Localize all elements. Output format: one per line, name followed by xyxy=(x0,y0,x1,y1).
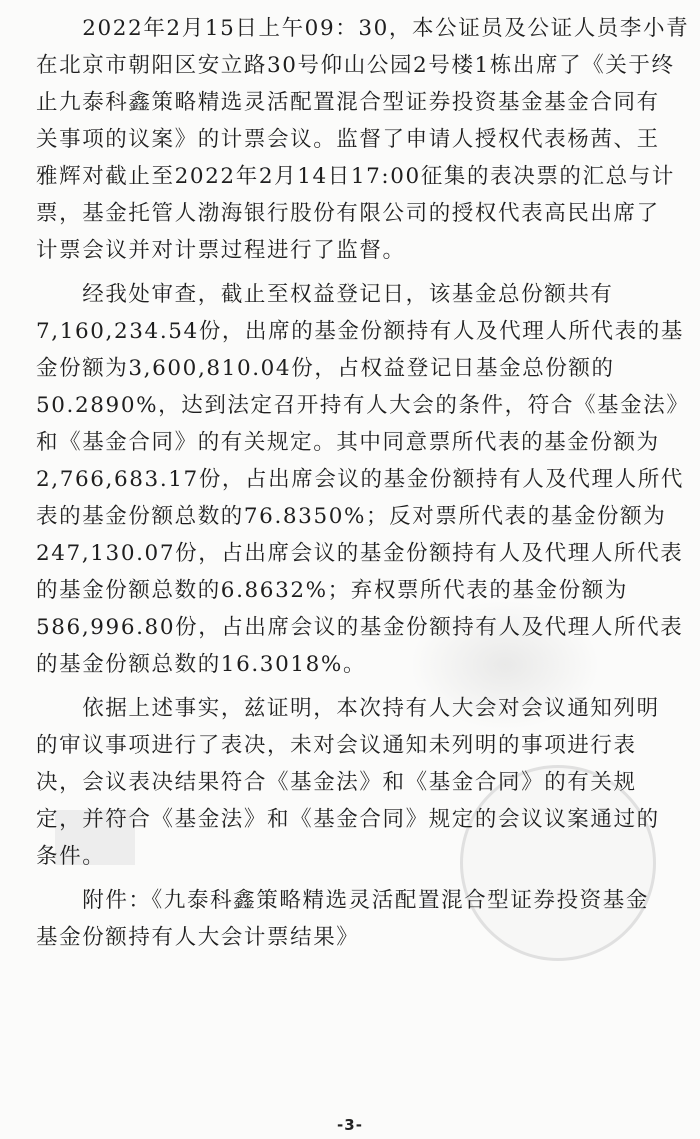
text-line: 条件。 xyxy=(36,838,666,875)
paragraph-certification: 依据上述事实，兹证明，本次持有人大会对会议通知列明 的审议事项进行了表决，未对会… xyxy=(36,690,666,875)
text-line: 依据上述事实，兹证明，本次持有人大会对会议通知列明 xyxy=(36,690,666,727)
paragraph-meeting-record: 2022年2月15日上午09：30，本公证员及公证人员李小青 在北京市朝阳区安立… xyxy=(36,10,666,269)
text-line: 附件：《九泰科鑫策略精选灵活配置混合型证券投资基金 xyxy=(36,882,666,919)
text-line: 金份额为3,600,810.04份，占权益登记日基金总份额的 xyxy=(36,350,666,387)
text-line: 586,996.80份，占出席会议的基金份额持有人及代理人所代表 xyxy=(36,609,666,646)
text-line: 计票会议并对计票过程进行了监督。 xyxy=(36,232,666,269)
text-line: 和《基金合同》的有关规定。其中同意票所代表的基金份额为 xyxy=(36,424,666,461)
text-line: 基金份额持有人大会计票结果》 xyxy=(36,919,666,956)
text-line: 247,130.07份，占出席会议的基金份额持有人及代理人所代表 xyxy=(36,535,666,572)
text-line: 决，会议表决结果符合《基金法》和《基金合同》的有关规 xyxy=(36,764,666,801)
text-line: 雅辉对截止至2022年2月14日17:00征集的表决票的汇总与计 xyxy=(36,158,666,195)
text-line: 的审议事项进行了表决，未对会议通知未列明的事项进行表 xyxy=(36,727,666,764)
text-line: 经我处审查，截止至权益登记日，该基金总份额共有 xyxy=(36,276,666,313)
text-line: 的基金份额总数的16.3018%。 xyxy=(36,646,666,683)
text-line: 关事项的议案》的计票会议。监督了申请人授权代表杨茜、王 xyxy=(36,121,666,158)
document-body: 2022年2月15日上午09：30，本公证员及公证人员李小青 在北京市朝阳区安立… xyxy=(36,10,666,956)
text-line: 7,160,234.54份，出席的基金份额持有人及代理人所代表的基 xyxy=(36,313,666,350)
document-page: 2022年2月15日上午09：30，本公证员及公证人员李小青 在北京市朝阳区安立… xyxy=(0,0,700,1139)
text-line: 50.2890%，达到法定召开持有人大会的条件，符合《基金法》 xyxy=(36,387,666,424)
text-line: 表的基金份额总数的76.8350%；反对票所代表的基金份额为 xyxy=(36,498,666,535)
paragraph-attachment: 附件：《九泰科鑫策略精选灵活配置混合型证券投资基金 基金份额持有人大会计票结果》 xyxy=(36,882,666,956)
paragraph-vote-statistics: 经我处审查，截止至权益登记日，该基金总份额共有 7,160,234.54份，出席… xyxy=(36,276,666,683)
text-line: 的基金份额总数的6.8632%；弃权票所代表的基金份额为 xyxy=(36,572,666,609)
text-line: 在北京市朝阳区安立路30号仰山公园2号楼1栋出席了《关于终 xyxy=(36,47,666,84)
text-line: 止九泰科鑫策略精选灵活配置混合型证券投资基金基金合同有 xyxy=(36,84,666,121)
text-line: 票，基金托管人渤海银行股份有限公司的授权代表高民出席了 xyxy=(36,195,666,232)
text-line: 2,766,683.17份，占出席会议的基金份额持有人及代理人所代 xyxy=(36,461,666,498)
text-line: 定，并符合《基金法》和《基金合同》规定的会议议案通过的 xyxy=(36,801,666,838)
text-line: 2022年2月15日上午09：30，本公证员及公证人员李小青 xyxy=(36,10,666,47)
page-number: -3- xyxy=(0,1116,700,1134)
